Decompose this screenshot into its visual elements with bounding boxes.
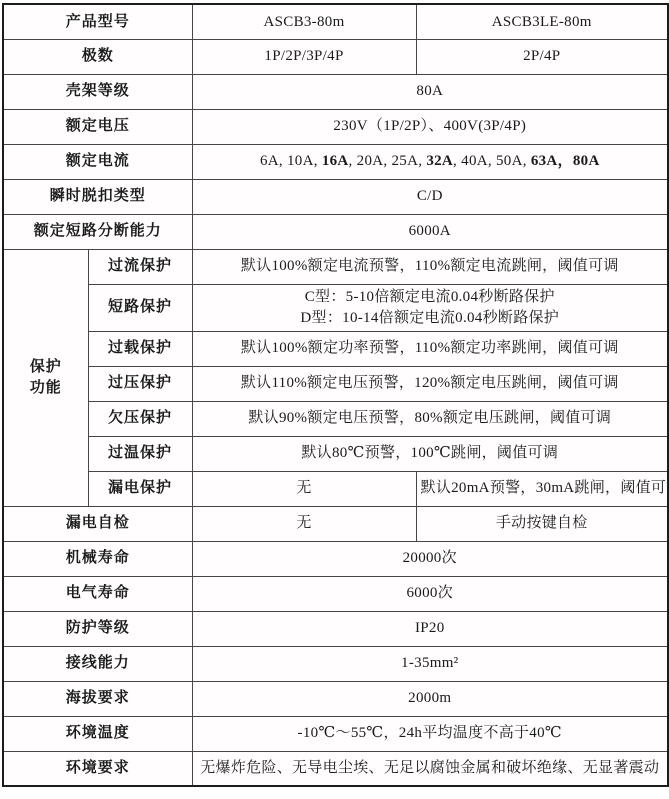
row-label-overvoltage-protection: 过压保护: [88, 366, 192, 401]
row-label-leakage-protection: 漏电保护: [88, 471, 192, 506]
row-label-wiring-capacity: 接线能力: [3, 646, 192, 681]
table-row: 保护 功能 过流保护 默认100%额定电流预警，110%额定电流跳闸，阈值可调: [3, 249, 668, 284]
row-label-protection-rating: 防护等级: [3, 611, 192, 646]
row-label-ambient-temperature: 环境温度: [3, 716, 192, 751]
table-row: 环境要求 无爆炸危险、无导电尘埃、无足以腐蚀金属和破坏绝缘、无显著震动: [3, 751, 668, 786]
cell-leakage-self-test-right: 手动按键自检: [416, 506, 668, 541]
table-row: 机械寿命 20000次: [3, 541, 668, 576]
cell-altitude: 2000m: [192, 681, 668, 716]
cell-undervoltage-protection: 默认90%额定电压预警，80%额定电压跳闸，阈值可调: [192, 401, 668, 436]
row-label-poles: 极数: [3, 39, 192, 74]
cell-leakage-protection-right: 默认20mA预警，30mA跳闸，阈值可调: [416, 471, 668, 506]
table-row: 过载保护 默认100%额定功率预警，110%额定功率跳闸，阈值可调: [3, 331, 668, 366]
group-label-protection-functions: 保护 功能: [3, 249, 88, 506]
short-circuit-line1: C型：5-10倍额定电流0.04秒断路保护: [197, 287, 664, 308]
current-segment-bold: 32A: [426, 153, 453, 169]
row-label-electrical-life: 电气寿命: [3, 576, 192, 611]
cell-short-circuit-protection: C型：5-10倍额定电流0.04秒断路保护 D型：10-14倍额定电流0.04秒…: [192, 284, 668, 331]
table-row: 防护等级 IP20: [3, 611, 668, 646]
table-row: 漏电自检 无 手动按键自检: [3, 506, 668, 541]
table-row: 极数 1P/2P/3P/4P 2P/4P: [3, 39, 668, 74]
cell-product-model-left: ASCB3-80m: [192, 4, 416, 39]
cell-product-model-right: ASCB3LE-80m: [416, 4, 668, 39]
group-label-line1: 保护: [8, 357, 84, 377]
current-segment-bold: 63A，80A: [531, 153, 600, 169]
row-label-overload-protection: 过载保护: [88, 331, 192, 366]
cell-poles-right: 2P/4P: [416, 39, 668, 74]
table-row: 过压保护 默认110%额定电压预警，120%额定电压跳闸，阈值可调: [3, 366, 668, 401]
table-row: 电气寿命 6000次: [3, 576, 668, 611]
cell-rated-voltage: 230V（1P/2P）、400V(3P/4P): [192, 109, 668, 144]
cell-frame-rating: 80A: [192, 74, 668, 109]
cell-protection-rating: IP20: [192, 611, 668, 646]
current-segment: , 40A, 50A,: [453, 153, 531, 169]
table-row: 过温保护 默认80℃预警，100℃跳闸，阈值可调: [3, 436, 668, 471]
cell-environment: 无爆炸危险、无导电尘埃、无足以腐蚀金属和破坏绝缘、无显著震动: [192, 751, 668, 786]
row-label-breaking-capacity: 额定短路分断能力: [3, 214, 192, 249]
cell-poles-left: 1P/2P/3P/4P: [192, 39, 416, 74]
table-row: 额定电流 6A, 10A, 16A, 20A, 25A, 32A, 40A, 5…: [3, 144, 668, 179]
cell-mechanical-life: 20000次: [192, 541, 668, 576]
row-label-product-model: 产品型号: [3, 4, 192, 39]
row-label-environment: 环境要求: [3, 751, 192, 786]
current-segment-bold: 16A: [322, 153, 349, 169]
cell-leakage-protection-left: 无: [192, 471, 416, 506]
cell-instant-trip-type: C/D: [192, 179, 668, 214]
table-row: 环境温度 -10℃～55℃，24h平均温度不高于40℃: [3, 716, 668, 751]
row-label-mechanical-life: 机械寿命: [3, 541, 192, 576]
row-label-overtemperature-protection: 过温保护: [88, 436, 192, 471]
row-label-undervoltage-protection: 欠压保护: [88, 401, 192, 436]
row-label-frame-rating: 壳架等级: [3, 74, 192, 109]
row-label-overcurrent-protection: 过流保护: [88, 249, 192, 284]
cell-electrical-life: 6000次: [192, 576, 668, 611]
table-row: 海拔要求 2000m: [3, 681, 668, 716]
row-label-short-circuit-protection: 短路保护: [88, 284, 192, 331]
table-row: 产品型号 ASCB3-80m ASCB3LE-80m: [3, 4, 668, 39]
spec-table: 产品型号 ASCB3-80m ASCB3LE-80m 极数 1P/2P/3P/4…: [2, 3, 669, 787]
table-row: 额定电压 230V（1P/2P）、400V(3P/4P): [3, 109, 668, 144]
table-row: 接线能力 1-35mm²: [3, 646, 668, 681]
cell-rated-current: 6A, 10A, 16A, 20A, 25A, 32A, 40A, 50A, 6…: [192, 144, 668, 179]
row-label-rated-voltage: 额定电压: [3, 109, 192, 144]
group-label-line2: 功能: [8, 378, 84, 398]
cell-overtemperature-protection: 默认80℃预警，100℃跳闸，阈值可调: [192, 436, 668, 471]
table-row: 额定短路分断能力 6000A: [3, 214, 668, 249]
cell-ambient-temperature: -10℃～55℃，24h平均温度不高于40℃: [192, 716, 668, 751]
current-segment: 6A, 10A,: [260, 153, 322, 169]
table-row: 壳架等级 80A: [3, 74, 668, 109]
row-label-leakage-self-test: 漏电自检: [3, 506, 192, 541]
table-row: 短路保护 C型：5-10倍额定电流0.04秒断路保护 D型：10-14倍额定电流…: [3, 284, 668, 331]
row-label-altitude: 海拔要求: [3, 681, 192, 716]
table-row: 漏电保护 无 默认20mA预警，30mA跳闸，阈值可调: [3, 471, 668, 506]
product-spec-sheet: 产品型号 ASCB3-80m ASCB3LE-80m 极数 1P/2P/3P/4…: [0, 0, 669, 787]
cell-leakage-self-test-left: 无: [192, 506, 416, 541]
table-row: 欠压保护 默认90%额定电压预警，80%额定电压跳闸，阈值可调: [3, 401, 668, 436]
current-segment: , 20A, 25A,: [349, 153, 427, 169]
cell-overload-protection: 默认100%额定功率预警，110%额定功率跳闸，阈值可调: [192, 331, 668, 366]
row-label-rated-current: 额定电流: [3, 144, 192, 179]
cell-breaking-capacity: 6000A: [192, 214, 668, 249]
cell-overcurrent-protection: 默认100%额定电流预警，110%额定电流跳闸，阈值可调: [192, 249, 668, 284]
table-row: 瞬时脱扣类型 C/D: [3, 179, 668, 214]
cell-wiring-capacity: 1-35mm²: [192, 646, 668, 681]
row-label-instant-trip-type: 瞬时脱扣类型: [3, 179, 192, 214]
short-circuit-line2: D型：10-14倍额定电流0.04秒断路保护: [197, 308, 664, 329]
cell-overvoltage-protection: 默认110%额定电压预警，120%额定电压跳闸，阈值可调: [192, 366, 668, 401]
